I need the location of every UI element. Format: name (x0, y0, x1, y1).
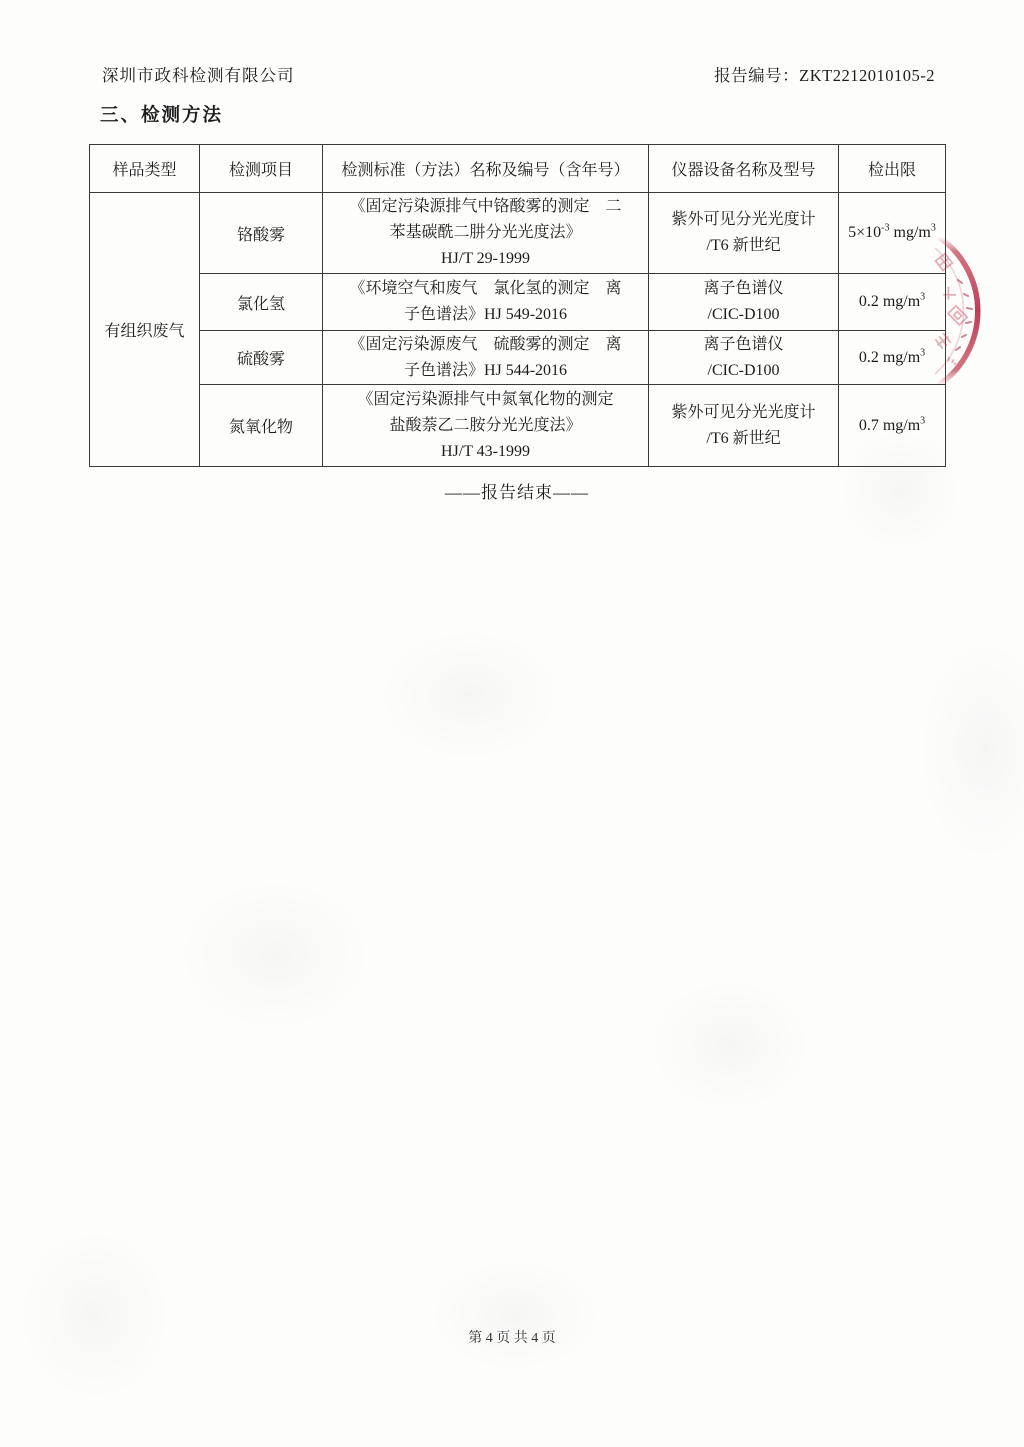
cell-method: 《环境空气和废气 氯化氢的测定 离 子色谱法》HJ 549-2016 (323, 274, 649, 331)
report-number: 报告编号：ZKT2212010105-2 (714, 62, 935, 86)
limit-unit-exp: 3 (920, 292, 925, 303)
instrument-line: /T6 新世纪 (651, 233, 836, 259)
method-line: 《固定污染源排气中氮氧化物的测定 (325, 387, 646, 413)
cell-method: 《固定污染源排气中氮氧化物的测定 盐酸萘乙二胺分光光度法》 HJ/T 43-19… (323, 385, 649, 467)
scan-noise (650, 980, 810, 1110)
limit-base: 0.2 (859, 349, 879, 366)
method-line: HJ/T 29-1999 (325, 246, 646, 272)
limit-unit-exp: 3 (920, 415, 925, 426)
instrument-line: /T6 新世纪 (651, 426, 836, 452)
report-page: 深圳市政科检测有限公司 报告编号：ZKT2212010105-2 三、检测方法 … (0, 0, 1024, 1447)
method-line: 子色谱法》HJ 549-2016 (325, 302, 646, 328)
cell-instrument: 离子色谱仪 /CIC-D100 (649, 331, 839, 385)
page-number: 第 4 页 共 4 页 (0, 1327, 1024, 1347)
cell-item: 氯化氢 (200, 274, 323, 331)
cell-item: 氮氧化物 (200, 385, 323, 467)
method-line: 《环境空气和废气 氯化氢的测定 离 (325, 276, 646, 302)
table-row: 氯化氢 《环境空气和废气 氯化氢的测定 离 子色谱法》HJ 549-2016 离… (90, 274, 946, 331)
table-row: 氮氧化物 《固定污染源排气中氮氧化物的测定 盐酸萘乙二胺分光光度法》 HJ/T … (90, 385, 946, 467)
header-limit: 检出限 (839, 145, 946, 193)
cell-item: 铬酸雾 (200, 193, 323, 274)
header-sample-type: 样品类型 (90, 145, 200, 193)
cell-method: 《固定污染源排气中铬酸雾的测定 二 苯基碳酰二肼分光光度法》 HJ/T 29-1… (323, 193, 649, 274)
limit-unit-exp: 3 (920, 347, 925, 358)
cell-method: 《固定污染源废气 硫酸雾的测定 离 子色谱法》HJ 544-2016 (323, 331, 649, 385)
limit-base-exp: -3 (881, 223, 889, 234)
cell-instrument: 离子色谱仪 /CIC-D100 (649, 274, 839, 331)
method-line: 子色谱法》HJ 544-2016 (325, 358, 646, 384)
cell-limit: 0.7 mg/m3 (839, 385, 946, 467)
limit-unit-exp: 3 (931, 223, 936, 234)
scan-noise (920, 640, 1024, 860)
header-item: 检测项目 (200, 145, 323, 193)
table-row: 有组织废气 铬酸雾 《固定污染源排气中铬酸雾的测定 二 苯基碳酰二肼分光光度法》… (90, 193, 946, 274)
cell-limit: 5×10-3 mg/m3 (839, 193, 946, 274)
instrument-line: 离子色谱仪 (651, 276, 836, 302)
method-line: 苯基碳酰二肼分光光度法》 (325, 220, 646, 246)
section-title: 三、检测方法 (100, 101, 223, 127)
cell-sample-type: 有组织废气 (90, 193, 200, 467)
scan-noise (430, 1260, 600, 1370)
cell-instrument: 紫外可见分光光度计 /T6 新世纪 (649, 193, 839, 274)
limit-unit: mg/m (879, 349, 920, 366)
header-instrument: 仪器设备名称及型号 (649, 145, 839, 193)
table-row: 硫酸雾 《固定污染源废气 硫酸雾的测定 离 子色谱法》HJ 544-2016 离… (90, 331, 946, 385)
limit-base: 0.2 (859, 293, 879, 310)
method-line: 《固定污染源废气 硫酸雾的测定 离 (325, 332, 646, 358)
report-end-text: ——报告结束—— (89, 478, 945, 503)
header-method: 检测标准（方法）名称及编号（含年号） (323, 145, 649, 193)
scan-noise (380, 630, 560, 760)
cell-limit: 0.2 mg/m3 (839, 274, 946, 331)
limit-unit: mg/m (879, 417, 920, 434)
table-header-row: 样品类型 检测项目 检测标准（方法）名称及编号（含年号） 仪器设备名称及型号 检… (90, 145, 946, 193)
limit-unit: mg/m (879, 293, 920, 310)
instrument-line: /CIC-D100 (651, 358, 836, 384)
scan-noise (20, 1230, 170, 1400)
cell-item: 硫酸雾 (200, 331, 323, 385)
company-name: 深圳市政科检测有限公司 (102, 62, 295, 86)
methods-table: 样品类型 检测项目 检测标准（方法）名称及编号（含年号） 仪器设备名称及型号 检… (89, 144, 946, 467)
instrument-line: 紫外可见分光光度计 (651, 400, 836, 426)
scan-noise (180, 880, 370, 1030)
limit-base: 5×10 (848, 224, 881, 241)
cell-limit: 0.2 mg/m3 (839, 331, 946, 385)
instrument-line: 紫外可见分光光度计 (651, 207, 836, 233)
instrument-line: 离子色谱仪 (651, 332, 836, 358)
cell-instrument: 紫外可见分光光度计 /T6 新世纪 (649, 385, 839, 467)
method-line: 盐酸萘乙二胺分光光度法》 (325, 413, 646, 439)
limit-unit: mg/m (890, 224, 931, 241)
method-line: 《固定污染源排气中铬酸雾的测定 二 (325, 194, 646, 220)
method-line: HJ/T 43-1999 (325, 439, 646, 465)
instrument-line: /CIC-D100 (651, 302, 836, 328)
limit-base: 0.7 (859, 417, 879, 434)
